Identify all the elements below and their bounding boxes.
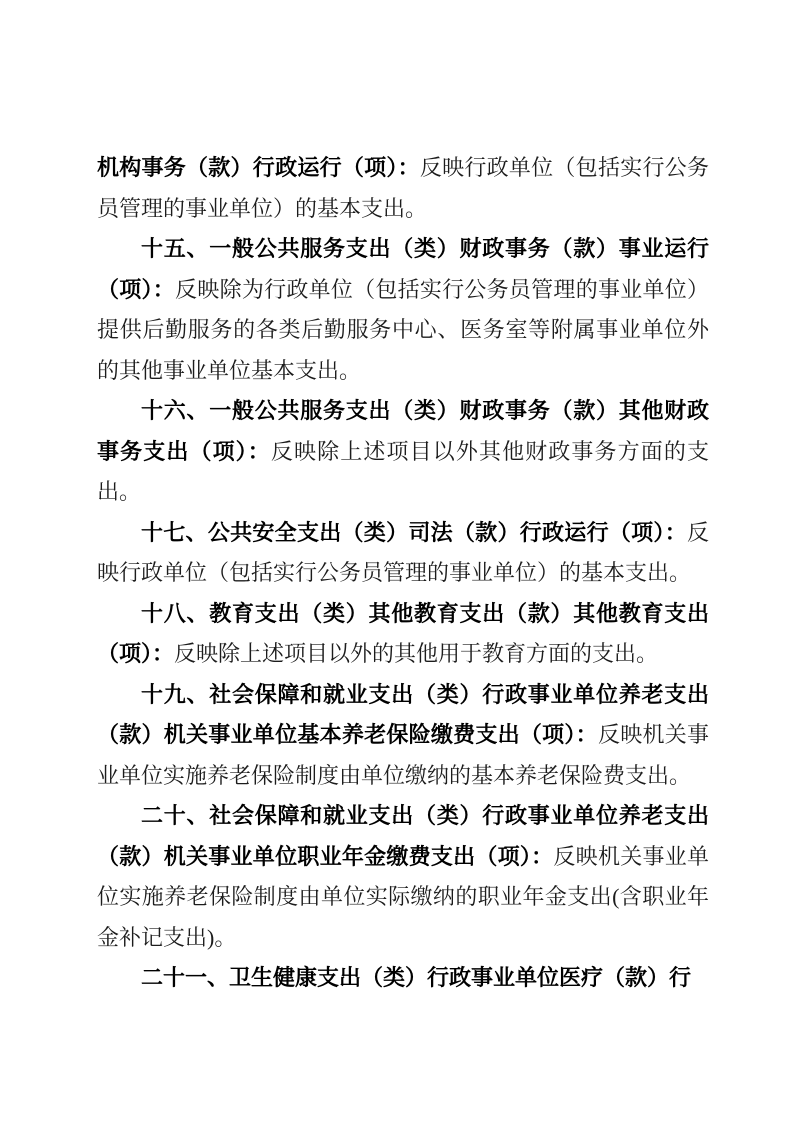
paragraph: 机构事务（款）行政运行（项）：反映行政单位（包括实行公务员管理的事业单位）的基本… — [97, 148, 709, 229]
paragraph-body: 反映除为行政单位（包括实行公务员管理的事业单位）提供后勤服务的各类后勤服务中心、… — [97, 277, 709, 383]
paragraph-body: 反映除上述项目以外的其他用于教育方面的支出。 — [174, 641, 658, 666]
paragraph: 十五、一般公共服务支出（类）财政事务（款）事业运行（项）：反映除为行政单位（包括… — [97, 229, 709, 391]
paragraph: 十八、教育支出（类）其他教育支出（款）其他教育支出（项）：反映除上述项目以外的其… — [97, 594, 709, 675]
document-text-block: 机构事务（款）行政运行（项）：反映行政单位（包括实行公务员管理的事业单位）的基本… — [97, 148, 709, 999]
paragraph: 十六、一般公共服务支出（类）财政事务（款）其他财政事务支出（项）：反映除上述项目… — [97, 391, 709, 513]
paragraph-heading: 二十一、卫生健康支出（类）行政事业单位医疗（款）行 — [141, 965, 691, 990]
document-page: 机构事务（款）行政运行（项）：反映行政单位（包括实行公务员管理的事业单位）的基本… — [0, 0, 793, 1122]
paragraph: 十七、公共安全支出（类）司法（款）行政运行（项）：反映行政单位（包括实行公务员管… — [97, 513, 709, 594]
paragraph-heading: 机构事务（款）行政运行（项）： — [97, 155, 420, 180]
paragraph: 二十、社会保障和就业支出（类）行政事业单位养老支出（款）机关事业单位职业年金缴费… — [97, 796, 709, 958]
paragraph-heading: 十七、公共安全支出（类）司法（款）行政运行（项）： — [141, 520, 687, 545]
paragraph: 二十一、卫生健康支出（类）行政事业单位医疗（款）行 — [97, 958, 709, 999]
paragraph: 十九、社会保障和就业支出（类）行政事业单位养老支出（款）机关事业单位基本养老保险… — [97, 675, 709, 797]
